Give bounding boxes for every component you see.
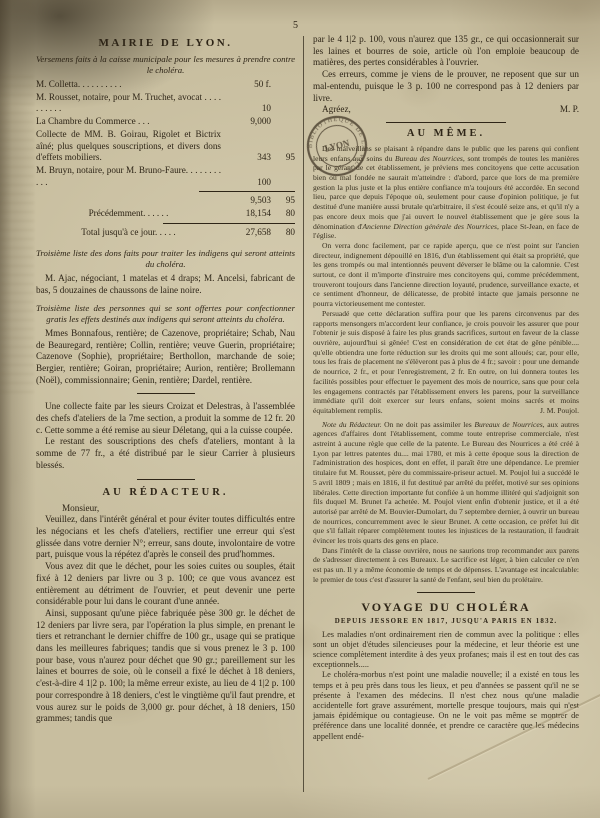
precedemment-cents: 80 <box>271 208 295 220</box>
au-redacteur-paragraph: Veuillez, dans l'intérêt général et pour… <box>36 514 295 561</box>
versements-intro: Versemens faits à la caisse municipale p… <box>36 54 295 76</box>
precedemment-amount: 18,154 <box>225 208 271 220</box>
precedemment-label: Précédemment. . . . . . <box>36 208 225 220</box>
section-rule <box>137 393 195 394</box>
heading-au-redacteur: AU RÉDACTEUR. <box>36 487 295 498</box>
au-meme-paragraph: On verra donc facilement, par ce rapide … <box>313 241 579 309</box>
au-meme-paragraph: Persuadé que cette déclaration suffira p… <box>313 309 579 416</box>
donation-row: M. Colletta. . . . . . . . . . 50 f. <box>36 79 295 91</box>
precedemment-row: Précédemment. . . . . . 18,154 80 <box>36 208 295 220</box>
donation-amount: 343 <box>225 152 271 164</box>
collecte-paragraph: Une collecte faite par les sieurs Croiza… <box>36 401 295 436</box>
au-redacteur-paragraph: Vous avez dit que le déchet, pour les so… <box>36 561 295 608</box>
voyage-paragraph: Les maladies n'ont ordinairement rien de… <box>313 630 579 671</box>
subtotal-row: 9,503 95 <box>36 195 295 207</box>
stamp-center-text: LYON <box>324 138 351 154</box>
total-amount: 27,658 <box>225 227 271 239</box>
au-meme-final-paragraph: Dans l'intérêt de la classe ouvrière, no… <box>313 546 579 585</box>
subtotal-amount: 9,503 <box>225 195 271 207</box>
au-redacteur-continuation: par le 4 1|2 p. 100, vous n'aurez que 13… <box>313 34 579 69</box>
restant-paragraph: Le restant des souscriptions des chefs d… <box>36 436 295 471</box>
total-row: Total jusqu'à ce jour. . . . . 27,658 80 <box>36 227 295 239</box>
total-cents: 80 <box>271 227 295 239</box>
voyage-paragraph: Le choléra-morbus n'est point une maladi… <box>313 670 579 741</box>
donation-cents: 95 <box>271 152 295 164</box>
liste-personnes-paragraph: Mmes Bonnafous, rentière; de Cazenove, p… <box>36 328 295 387</box>
section-rule <box>386 122 506 123</box>
donation-row: M. Rousset, notaire, pour M. Truchet, av… <box>36 92 295 115</box>
signature-mp: M. P. <box>551 104 579 116</box>
donation-label: M. Bruyn, notaire, pour M. Bruno-Faure. … <box>36 165 225 188</box>
total-label: Total jusqu'à ce jour. . . . . <box>36 227 225 239</box>
donation-amount: 50 f. <box>225 79 271 91</box>
donation-label: La Chambre du Commerce . . . <box>36 116 225 128</box>
ink-bleedthrough <box>0 70 34 400</box>
donation-label: Collecte de MM. B. Goirau, Rigolet et Bi… <box>36 129 225 164</box>
liste-personnes-title: Troisième liste des personnes qui se son… <box>36 303 295 325</box>
page-number: 5 <box>293 20 298 31</box>
liste-dons-paragraph: M. Ajac, négociant, 1 matelas et 4 draps… <box>36 273 295 296</box>
section-rule <box>137 479 195 480</box>
donation-amount: 100 <box>225 177 271 189</box>
heading-voyage-du-cholera: VOYAGE DU CHOLÉRA <box>313 600 579 615</box>
subtotal-cents: 95 <box>271 195 295 207</box>
left-column: MAIRIE DE LYON. Versemens faits à la cai… <box>36 37 295 725</box>
subtotal-rule <box>199 191 295 192</box>
signature-poujol: J. M. Poujol. <box>531 406 579 416</box>
note-du-redacteur: Note du Rédacteur. On ne doit pas assimi… <box>313 420 579 546</box>
donation-label: M. Colletta. . . . . . . . . . <box>36 79 225 91</box>
donation-row: La Chambre du Commerce . . . 9,000 <box>36 116 295 128</box>
total-rule <box>163 223 295 224</box>
donation-row: M. Bruyn, notaire, pour M. Bruno-Faure. … <box>36 165 295 188</box>
donation-amount: 9,000 <box>225 116 271 128</box>
donation-label: M. Rousset, notaire, pour M. Truchet, av… <box>36 92 225 115</box>
section-rule <box>417 592 475 593</box>
au-redacteur-paragraph: Ainsi, supposant qu'une pièce fabriquée … <box>36 608 295 725</box>
salutation: Monsieur, <box>36 503 295 515</box>
donation-row: Collecte de MM. B. Goirau, Rigolet et Bi… <box>36 129 295 164</box>
column-divider <box>303 36 304 792</box>
donation-amount: 10 <box>225 103 271 115</box>
masthead-mairie-de-lyon: MAIRIE DE LYON. <box>36 37 295 49</box>
voyage-subtitle: DEPUIS JESSORE EN 1817, JUSQU'A PARIS EN… <box>313 618 579 625</box>
au-redacteur-continuation: Ces erreurs, comme je viens de le prouve… <box>313 69 579 104</box>
liste-dons-title: Troisième liste des dons faits pour trai… <box>36 248 295 270</box>
